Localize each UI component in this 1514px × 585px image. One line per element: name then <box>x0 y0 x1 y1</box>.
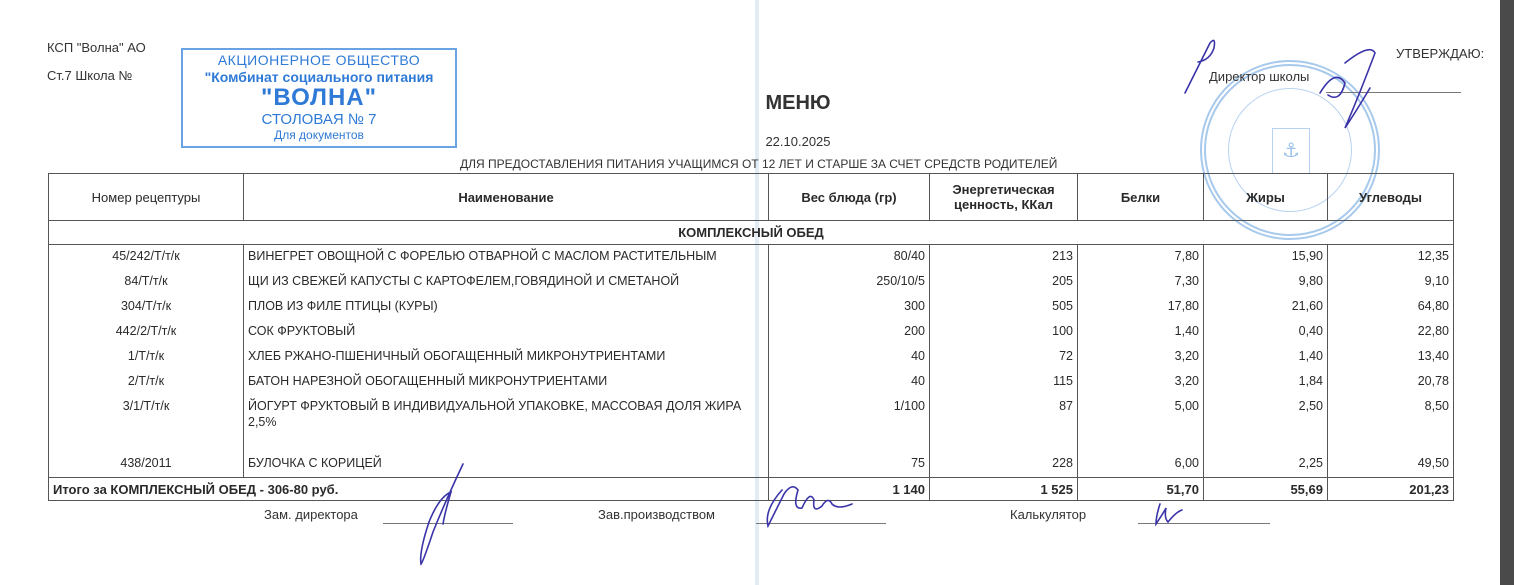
section-title: КОМПЛЕКСНЫЙ ОБЕД <box>49 221 1454 245</box>
cell-recipe-code: 3/1/Т/т/к <box>49 395 244 438</box>
header-carbs: Углеводы <box>1328 174 1454 221</box>
cell-carbs: 13,40 <box>1328 345 1454 370</box>
document-subtitle: ДЛЯ ПРЕДОСТАВЛЕНИЯ ПИТАНИЯ УЧАЩИМСЯ ОТ 1… <box>460 157 1057 171</box>
cell-carbs: 8,50 <box>1328 395 1454 438</box>
cell-fat: 2,25 <box>1204 438 1328 473</box>
cell-weight: 40 <box>769 370 930 395</box>
header-protein: Белки <box>1078 174 1204 221</box>
table-row: 1/Т/т/кХЛЕБ РЖАНО-ПШЕНИЧНЫЙ ОБОГАЩЕННЫЙ … <box>49 345 1454 370</box>
cell-weight: 200 <box>769 320 930 345</box>
cell-dish-name: ВИНЕГРЕТ ОВОЩНОЙ С ФОРЕЛЬЮ ОТВАРНОЙ С МА… <box>244 245 769 271</box>
calculator-signature-icon <box>1152 502 1192 527</box>
cell-weight: 300 <box>769 295 930 320</box>
cell-dish-name: БАТОН НАРЕЗНОЙ ОБОГАЩЕННЫЙ МИКРОНУТРИЕНТ… <box>244 370 769 395</box>
table-row: 84/Т/т/кЩИ ИЗ СВЕЖЕЙ КАПУСТЫ С КАРТОФЕЛЕ… <box>49 270 1454 295</box>
cell-energy: 205 <box>930 270 1078 295</box>
cell-carbs: 22,80 <box>1328 320 1454 345</box>
cell-protein: 7,80 <box>1078 245 1204 271</box>
cell-dish-name: ХЛЕБ РЖАНО-ПШЕНИЧНЫЙ ОБОГАЩЕННЫЙ МИКРОНУ… <box>244 345 769 370</box>
cell-carbs: 20,78 <box>1328 370 1454 395</box>
cell-carbs: 9,10 <box>1328 270 1454 295</box>
calculator-label: Калькулятор <box>1010 507 1086 522</box>
production-head-label: Зав.производством <box>598 507 715 522</box>
cell-protein: 7,30 <box>1078 270 1204 295</box>
total-label: Итого за КОМПЛЕКСНЫЙ ОБЕД - 306-80 руб. <box>49 478 769 501</box>
header-name: Наименование <box>244 174 769 221</box>
total-protein: 51,70 <box>1078 478 1204 501</box>
stamp-line-2: "Комбинат социального питания <box>183 70 455 84</box>
cell-energy: 87 <box>930 395 1078 438</box>
table-header-row: Номер рецептуры Наименование Вес блюда (… <box>49 174 1454 221</box>
cell-protein: 5,00 <box>1078 395 1204 438</box>
cell-energy: 228 <box>930 438 1078 473</box>
total-energy: 1 525 <box>930 478 1078 501</box>
cell-recipe-code: 2/Т/т/к <box>49 370 244 395</box>
cell-protein: 17,80 <box>1078 295 1204 320</box>
cell-fat: 0,40 <box>1204 320 1328 345</box>
cell-fat: 2,50 <box>1204 395 1328 438</box>
cell-carbs: 49,50 <box>1328 438 1454 473</box>
cell-energy: 213 <box>930 245 1078 271</box>
organization-location: Ст.7 Школа № <box>47 68 132 83</box>
document-date: 22.10.2025 <box>0 134 1514 149</box>
cell-dish-name: ЩИ ИЗ СВЕЖЕЙ КАПУСТЫ С КАРТОФЕЛЕМ,ГОВЯДИ… <box>244 270 769 295</box>
header-energy: Энергетическая ценность, ККал <box>930 174 1078 221</box>
cell-dish-name: ПЛОВ ИЗ ФИЛЕ ПТИЦЫ (КУРЫ) <box>244 295 769 320</box>
cell-weight: 75 <box>769 438 930 473</box>
table-row: 304/Т/т/кПЛОВ ИЗ ФИЛЕ ПТИЦЫ (КУРЫ)300505… <box>49 295 1454 320</box>
cell-recipe-code: 438/2011 <box>49 438 244 473</box>
header-fat: Жиры <box>1204 174 1328 221</box>
organization-name: КСП "Волна" АО <box>47 40 146 55</box>
stamp-line-1: АКЦИОНЕРНОЕ ОБЩЕСТВО <box>183 53 455 67</box>
cell-protein: 1,40 <box>1078 320 1204 345</box>
cell-recipe-code: 1/Т/т/к <box>49 345 244 370</box>
cell-weight: 80/40 <box>769 245 930 271</box>
cell-protein: 3,20 <box>1078 345 1204 370</box>
cell-weight: 40 <box>769 345 930 370</box>
deputy-director-label: Зам. директора <box>264 507 358 522</box>
table-row: 442/2/Т/т/кСОК ФРУКТОВЫЙ2001001,400,4022… <box>49 320 1454 345</box>
table-row: 45/242/Т/т/кВИНЕГРЕТ ОВОЩНОЙ С ФОРЕЛЬЮ О… <box>49 245 1454 271</box>
cell-energy: 505 <box>930 295 1078 320</box>
cell-recipe-code: 304/Т/т/к <box>49 295 244 320</box>
cell-fat: 21,60 <box>1204 295 1328 320</box>
scan-edge-border <box>1500 0 1514 585</box>
cell-weight: 1/100 <box>769 395 930 438</box>
production-head-signature-icon <box>762 480 862 530</box>
total-carbs: 201,23 <box>1328 478 1454 501</box>
cell-fat: 9,80 <box>1204 270 1328 295</box>
section-row: КОМПЛЕКСНЫЙ ОБЕД <box>49 221 1454 245</box>
approval-label: УТВЕРЖДАЮ: <box>1396 46 1484 61</box>
deputy-director-signature-icon <box>415 462 475 572</box>
menu-table: Номер рецептуры Наименование Вес блюда (… <box>48 173 1454 501</box>
table-row: 3/1/Т/т/кЙОГУРТ ФРУКТОВЫЙ В ИНДИВИДУАЛЬН… <box>49 395 1454 438</box>
cell-carbs: 12,35 <box>1328 245 1454 271</box>
cell-fat: 15,90 <box>1204 245 1328 271</box>
table-row: 438/2011БУЛОЧКА С КОРИЦЕЙ752286,002,2549… <box>49 438 1454 473</box>
cell-recipe-code: 45/242/Т/т/к <box>49 245 244 271</box>
document-title: МЕНЮ <box>0 92 1514 115</box>
cell-dish-name: СОК ФРУКТОВЫЙ <box>244 320 769 345</box>
total-fat: 55,69 <box>1204 478 1328 501</box>
cell-protein: 6,00 <box>1078 438 1204 473</box>
cell-dish-name: ЙОГУРТ ФРУКТОВЫЙ В ИНДИВИДУАЛЬНОЙ УПАКОВ… <box>244 395 769 438</box>
header-recipe-code: Номер рецептуры <box>49 174 244 221</box>
cell-dish-name: БУЛОЧКА С КОРИЦЕЙ <box>244 438 769 473</box>
cell-weight: 250/10/5 <box>769 270 930 295</box>
cell-carbs: 64,80 <box>1328 295 1454 320</box>
header-weight: Вес блюда (гр) <box>769 174 930 221</box>
cell-protein: 3,20 <box>1078 370 1204 395</box>
cell-fat: 1,40 <box>1204 345 1328 370</box>
cell-recipe-code: 442/2/Т/т/к <box>49 320 244 345</box>
cell-energy: 72 <box>930 345 1078 370</box>
total-row: Итого за КОМПЛЕКСНЫЙ ОБЕД - 306-80 руб. … <box>49 478 1454 501</box>
cell-energy: 100 <box>930 320 1078 345</box>
cell-recipe-code: 84/Т/т/к <box>49 270 244 295</box>
cell-energy: 115 <box>930 370 1078 395</box>
table-row: 2/Т/т/кБАТОН НАРЕЗНОЙ ОБОГАЩЕННЫЙ МИКРОН… <box>49 370 1454 395</box>
cell-fat: 1,84 <box>1204 370 1328 395</box>
